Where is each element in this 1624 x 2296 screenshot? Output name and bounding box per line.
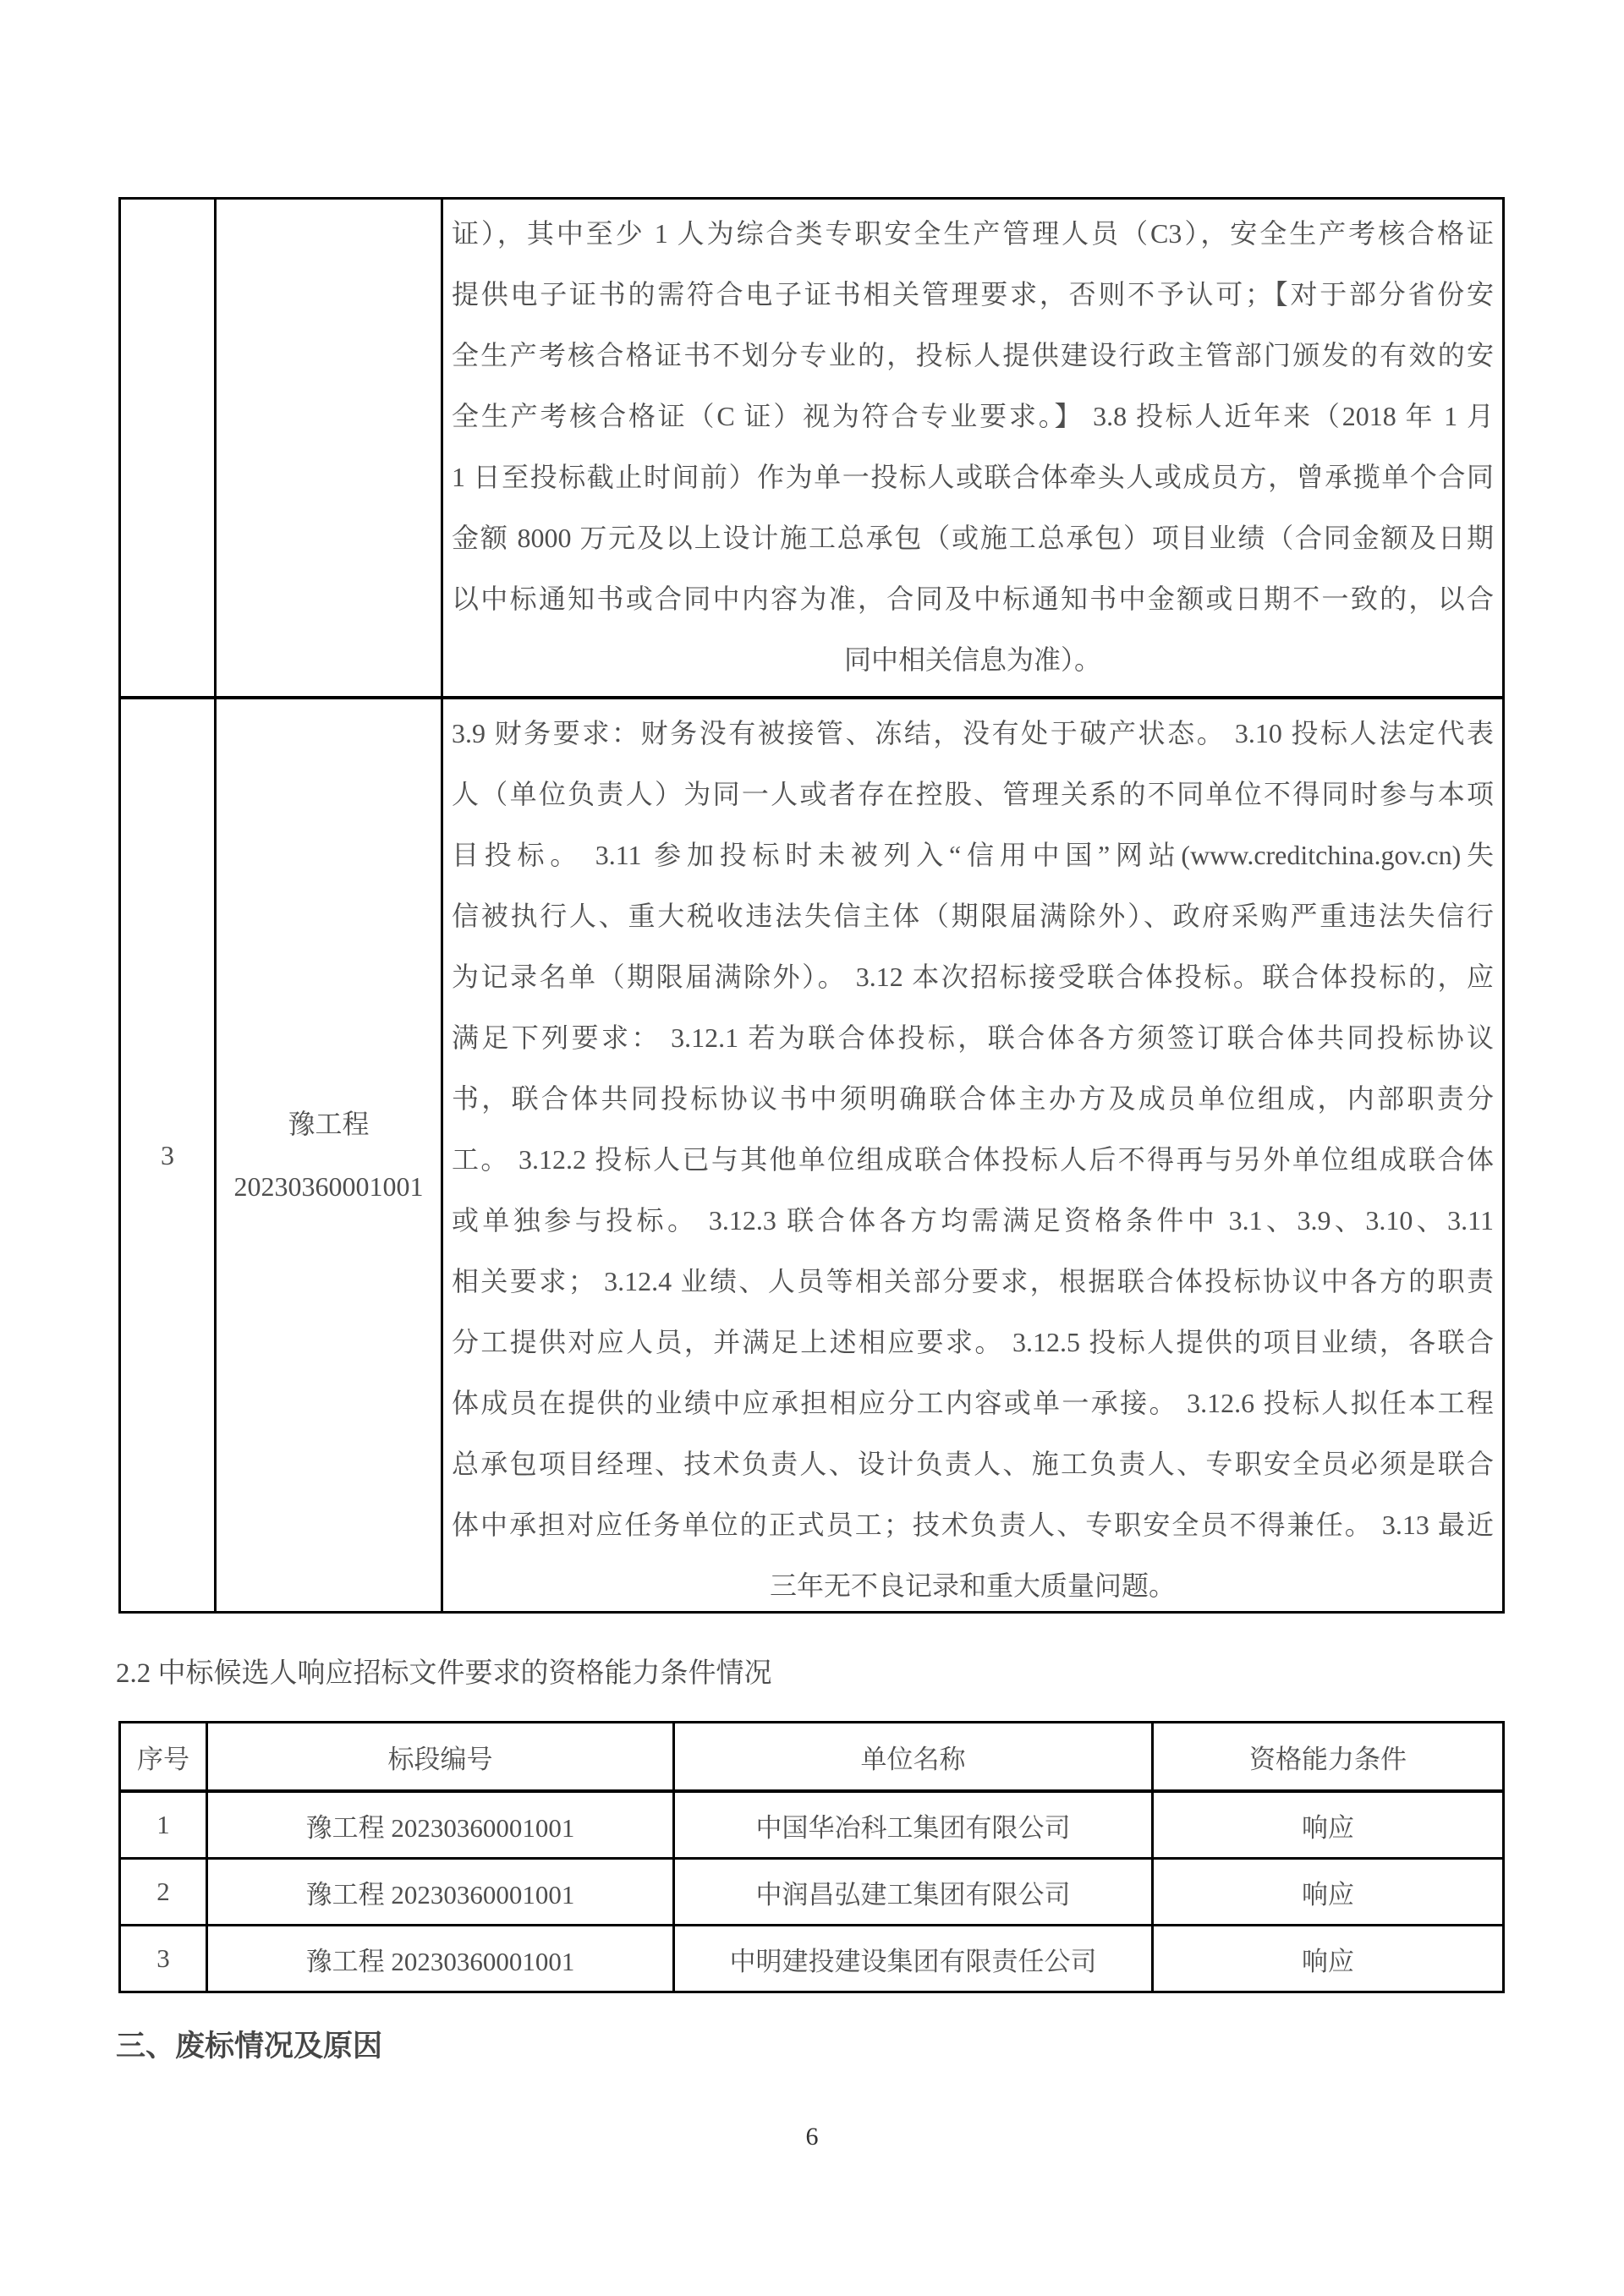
text-line: 书，联合体共同投标协议书中须明确联合体主办方及成员单位组成，内部职责分 — [452, 1068, 1494, 1129]
section-no-cell — [214, 200, 441, 696]
section-cell: 豫工程 20230360001001 — [206, 1860, 672, 1924]
header-company: 单位名称 — [672, 1723, 1151, 1789]
section-3-heading: 三、废标情况及原因 — [116, 2023, 382, 2065]
section-name: 豫工程 — [288, 1093, 369, 1155]
text-line: 或单独参与投标。 3.12.3 联合体各方均需满足资格条件中 3.1、3.9、3… — [452, 1190, 1494, 1251]
table-row: 证），其中至少 1 人为综合类专职安全生产管理人员（C3），安全生产考核合格证 … — [121, 200, 1502, 696]
text-line: 全生产考核合格证（C 证）视为符合专业要求。】 3.8 投标人近年来（2018 … — [452, 386, 1494, 447]
section-no-cell: 豫工程 20230360001001 — [214, 699, 441, 1611]
condition-cell: 响应 — [1151, 1860, 1502, 1924]
text-line: 同中相关信息为准）。 — [452, 629, 1494, 690]
table-row: 1 豫工程 20230360001001 中国华冶科工集团有限公司 响应 — [121, 1790, 1502, 1857]
section-2-2-heading: 2.2 中标候选人响应招标文件要求的资格能力条件情况 — [116, 1651, 772, 1690]
table-row: 3 豫工程 20230360001001 中明建投建设集团有限责任公司 响应 — [121, 1924, 1502, 1991]
text-line: 金额 8000 万元及以上设计施工总承包（或施工总承包）项目业绩（合同金额及日期 — [452, 507, 1494, 568]
seq-cell — [121, 200, 214, 696]
section-cell: 豫工程 20230360001001 — [206, 1793, 672, 1857]
text-line: 目投标。 3.11 参加投标时未被列入“信用中国”网站(www.creditch… — [452, 825, 1494, 885]
text-line: 3.9 财务要求：财务没有被接管、冻结，没有处于破产状态。 3.10 投标人法定… — [452, 703, 1494, 764]
text-line: 总承包项目经理、技术负责人、设计负责人、施工负责人、专职安全员必须是联合 — [452, 1433, 1494, 1494]
header-condition: 资格能力条件 — [1151, 1723, 1502, 1789]
seq-cell: 3 — [121, 1926, 206, 1991]
text-line: 提供电子证书的需符合电子证书相关管理要求，否则不予认可；【对于部分省份安 — [452, 264, 1494, 325]
requirements-text-cell: 3.9 财务要求：财务没有被接管、冻结，没有处于破产状态。 3.10 投标人法定… — [441, 699, 1502, 1611]
text-line: 工。 3.12.2 投标人已与其他单位组成联合体投标人后不得再与另外单位组成联合… — [452, 1129, 1494, 1190]
text-line: 全生产考核合格证书不划分专业的，投标人提供建设行政主管部门颁发的有效的安 — [452, 325, 1494, 386]
requirements-text-cell: 证），其中至少 1 人为综合类专职安全生产管理人员（C3），安全生产考核合格证 … — [441, 200, 1502, 696]
header-section: 标段编号 — [206, 1723, 672, 1789]
seq-cell: 3 — [121, 699, 214, 1611]
section-cell: 豫工程 20230360001001 — [206, 1926, 672, 1991]
seq-cell: 1 — [121, 1793, 206, 1857]
text-line: 分工提供对应人员，并满足上述相应要求。 3.12.5 投标人提供的项目业绩，各联… — [452, 1312, 1494, 1373]
qualification-requirements-table: 证），其中至少 1 人为综合类专职安全生产管理人员（C3），安全生产考核合格证 … — [118, 197, 1505, 1614]
document-page: 证），其中至少 1 人为综合类专职安全生产管理人员（C3），安全生产考核合格证 … — [0, 0, 1624, 2296]
seq-cell: 2 — [121, 1860, 206, 1924]
section-code: 20230360001001 — [234, 1155, 424, 1218]
text-line: 1 日至投标截止时间前）作为单一投标人或联合体牵头人或成员方，曾承揽单个合同 — [452, 447, 1494, 507]
text-line: 体成员在提供的业绩中应承担相应分工内容或单一承接。 3.12.6 投标人拟任本工… — [452, 1373, 1494, 1433]
table-header-row: 序号 标段编号 单位名称 资格能力条件 — [121, 1723, 1502, 1790]
company-cell: 中国华冶科工集团有限公司 — [672, 1793, 1151, 1857]
text-line: 三年无不良记录和重大质量问题。 — [452, 1555, 1494, 1611]
text-line: 人（单位负责人）为同一人或者存在控股、管理关系的不同单位不得同时参与本项 — [452, 764, 1494, 825]
text-line: 为记录名单（期限届满除外）。 3.12 本次招标接受联合体投标。联合体投标的，应 — [452, 946, 1494, 1007]
condition-cell: 响应 — [1151, 1926, 1502, 1991]
header-seq: 序号 — [121, 1723, 206, 1789]
page-number: 6 — [0, 2123, 1624, 2151]
candidates-table: 序号 标段编号 单位名称 资格能力条件 1 豫工程 20230360001001… — [118, 1721, 1505, 1993]
condition-cell: 响应 — [1151, 1793, 1502, 1857]
text-line: 以中标通知书或合同中内容为准，合同及中标通知书中金额或日期不一致的，以合 — [452, 568, 1494, 629]
text-line: 信被执行人、重大税收违法失信主体（期限届满除外）、政府采购严重违法失信行 — [452, 885, 1494, 946]
text-line: 相关要求； 3.12.4 业绩、人员等相关部分要求，根据联合体投标协议中各方的职… — [452, 1251, 1494, 1312]
table-row: 2 豫工程 20230360001001 中润昌弘建工集团有限公司 响应 — [121, 1857, 1502, 1924]
text-line: 证），其中至少 1 人为综合类专职安全生产管理人员（C3），安全生产考核合格证 — [452, 203, 1494, 264]
company-cell: 中润昌弘建工集团有限公司 — [672, 1860, 1151, 1924]
text-line: 满足下列要求： 3.12.1 若为联合体投标，联合体各方须签订联合体共同投标协议 — [452, 1007, 1494, 1068]
company-cell: 中明建投建设集团有限责任公司 — [672, 1926, 1151, 1991]
table-row: 3 豫工程 20230360001001 3.9 财务要求：财务没有被接管、冻结… — [121, 696, 1502, 1611]
text-line: 体中承担对应任务单位的正式员工；技术负责人、专职安全员不得兼任。 3.13 最近 — [452, 1494, 1494, 1555]
